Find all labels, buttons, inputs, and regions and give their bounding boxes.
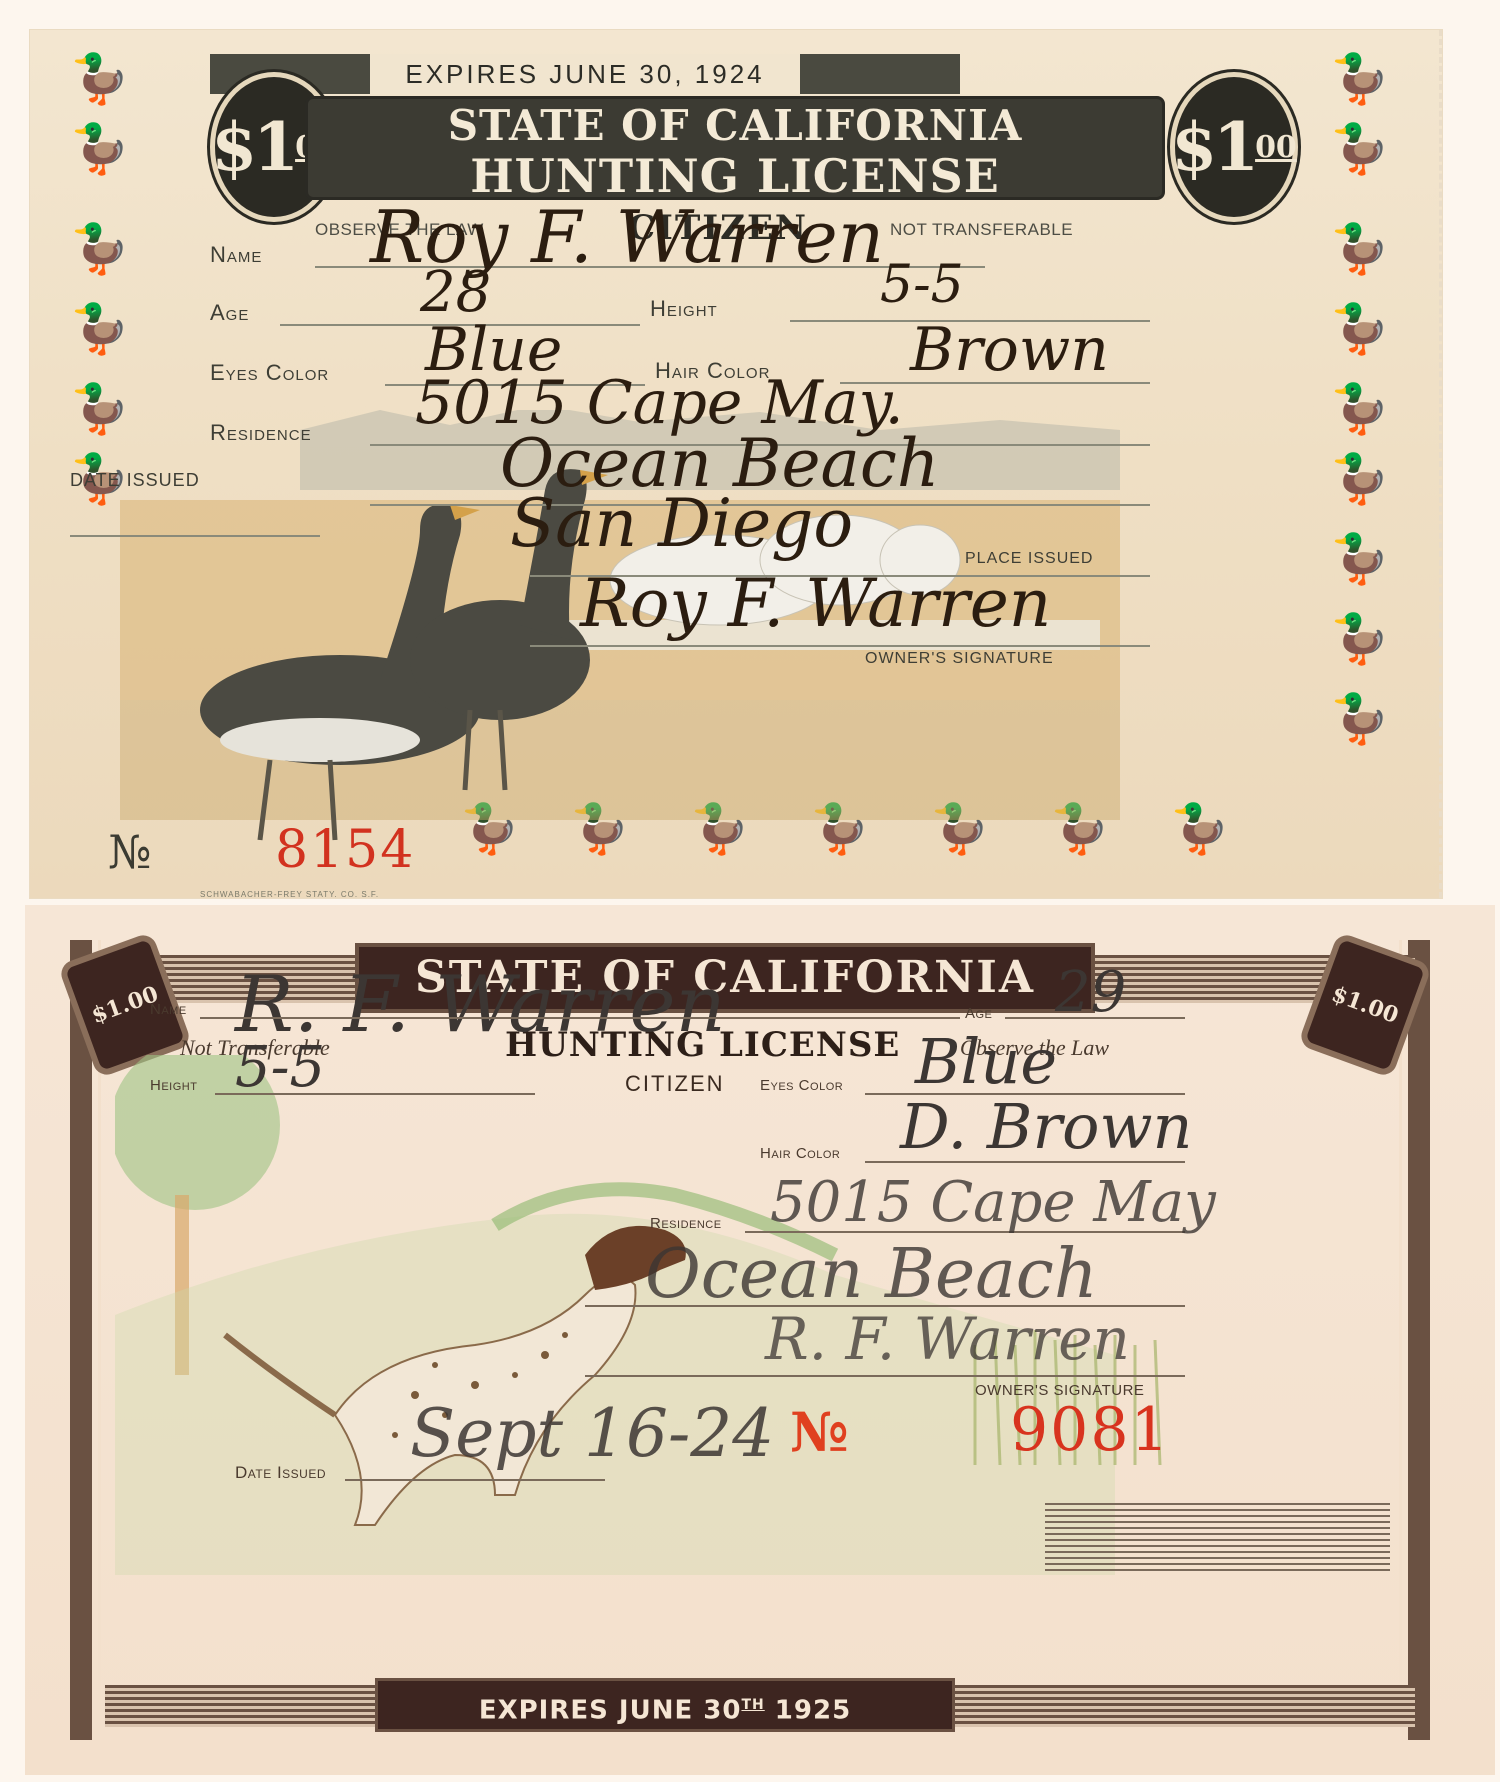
owner-signature: R. F. Warren bbox=[765, 1305, 1130, 1373]
entry-hair-color: D. Brown bbox=[900, 1090, 1192, 1163]
label-owners-signature: OWNER'S SIGNATURE bbox=[865, 650, 1054, 668]
title-state: STATE OF CALIFORNIA bbox=[308, 101, 1162, 151]
expires-banner: EXPIRES JUNE 30TH 1925 bbox=[375, 1678, 955, 1732]
number-prefix: № bbox=[790, 1400, 849, 1464]
flying-goose-icon: 🦆 bbox=[1330, 300, 1390, 357]
title-banner: STATE OF CALIFORNIA HUNTING LICENSE bbox=[305, 96, 1165, 200]
serial-number: 8154 bbox=[275, 820, 415, 880]
name-line bbox=[200, 1017, 960, 1019]
label-age: Age bbox=[965, 1005, 992, 1022]
label-hair-color: Hair Color bbox=[760, 1145, 840, 1162]
label-eyes-color: Eyes Color bbox=[210, 360, 329, 386]
flying-goose-icon: 🦆 bbox=[70, 300, 130, 357]
label-eyes-color: Eyes Color bbox=[760, 1077, 843, 1094]
flying-goose-icon: 🦆 bbox=[70, 50, 130, 107]
entry-eyes-color: Blue bbox=[915, 1025, 1057, 1098]
flying-goose-icon: 🦆 bbox=[70, 220, 130, 277]
flying-goose-icon: 🦆 bbox=[70, 120, 130, 177]
label-date-issued: Date Issued bbox=[235, 1463, 326, 1483]
date-issued-line bbox=[345, 1479, 605, 1481]
height-line bbox=[215, 1093, 535, 1095]
entry-height: 5-5 bbox=[235, 1035, 325, 1100]
entry-age: 29 bbox=[1055, 960, 1126, 1025]
entry-residence-line2: Ocean Beach bbox=[645, 1235, 1098, 1314]
printer-imprint: SCHWABACHER-FREY STATY. CO. S.F. bbox=[200, 890, 379, 899]
serial-lined-panel bbox=[1045, 1503, 1390, 1573]
serial-number: 9081 bbox=[1010, 1395, 1171, 1465]
flying-goose-icon: 🦆 bbox=[1330, 690, 1390, 747]
label-age: Age bbox=[210, 300, 249, 326]
label-height: Height bbox=[650, 296, 718, 322]
label-name: Name bbox=[150, 1001, 187, 1018]
entry-date-issued: Sept 16-24 bbox=[410, 1395, 774, 1472]
entry-height: 5-5 bbox=[880, 255, 964, 315]
signature-line bbox=[530, 645, 1150, 647]
not-transferable: NOT TRANSFERABLE bbox=[890, 220, 1073, 240]
flying-goose-icon: 🦆 bbox=[1330, 120, 1390, 177]
label-date-issued: DATE ISSUED bbox=[70, 470, 200, 491]
label-name: Name bbox=[210, 242, 262, 268]
flying-goose-icon: 🦆 bbox=[1330, 450, 1390, 507]
entry-hair-color: Brown bbox=[910, 315, 1109, 385]
hunting-license-1925: $1.00 $1.00 STATE OF CALIFORNIA Not Tran… bbox=[25, 905, 1495, 1775]
flying-goose-icon: 🦆 bbox=[1330, 530, 1390, 587]
flying-goose-icon: 🦆 bbox=[1330, 220, 1390, 277]
number-prefix: № bbox=[108, 825, 152, 879]
flying-goose-icon: 🦆 bbox=[1330, 610, 1390, 667]
flying-goose-icon: 🦆 bbox=[1330, 380, 1390, 437]
signature-line bbox=[585, 1375, 1185, 1377]
label-residence: Residence bbox=[650, 1215, 722, 1232]
date-issued-line bbox=[70, 535, 320, 537]
expires-banner: EXPIRES JUNE 30, 1924 bbox=[210, 54, 960, 94]
price-medallion-right: $100 bbox=[1170, 72, 1298, 222]
entry-residence-line1: 5015 Cape May bbox=[770, 1170, 1216, 1235]
flying-goose-icon: 🦆 bbox=[1330, 50, 1390, 107]
expires-text: EXPIRES JUNE 30, 1924 bbox=[370, 54, 800, 94]
hunting-license-1924: 🦆 🦆 🦆 🦆 🦆 🦆 🦆 🦆 🦆 🦆 🦆 🦆 🦆 🦆 🦆 🦆 🦆 🦆 🦆 🦆 … bbox=[30, 30, 1442, 898]
owner-signature: Roy F. Warren bbox=[580, 565, 1051, 642]
entry-place-issued: San Diego bbox=[510, 485, 853, 562]
label-height: Height bbox=[150, 1077, 197, 1094]
label-residence: Residence bbox=[210, 420, 312, 446]
title-license: HUNTING LICENSE bbox=[308, 151, 1162, 201]
